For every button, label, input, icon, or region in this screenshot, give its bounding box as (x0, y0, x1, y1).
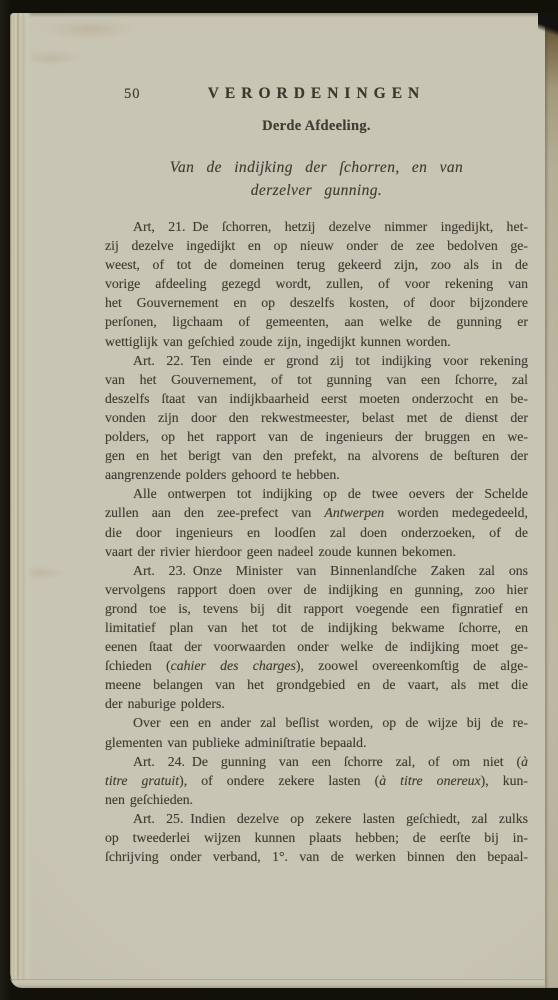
text-line: glementen van publieke adminiſtratie bep… (105, 733, 528, 752)
text-line: die door ingenieurs en loodſen zal doen … (105, 523, 528, 542)
text-line: weest, of tot de domeinen terug gekeerd … (105, 255, 528, 274)
body-text: aangrenzende polders gehoord te hebben. (105, 467, 340, 482)
paragraph: Over een en ander zal beſlist worden, op… (105, 713, 528, 751)
body-text: meene belangen van het grondgebied en de… (105, 677, 528, 692)
body-text: der naburige polders. (105, 696, 225, 711)
paragraph: Art. 25. Indien dezelve op zekere lasten… (105, 809, 528, 866)
text-line: deszelfs ſtaat van indijkbaarheid eerst … (105, 389, 528, 408)
paragraph: Art. 23. Onze Minister van Binnenlandſch… (105, 561, 528, 714)
text-line: perſonen, ligchaam of gemeenten, aan wel… (105, 312, 528, 331)
text-line: wettiglijk van geſchied zoude zijn, inge… (105, 332, 528, 351)
body-text: van het Gouvernement, of tot gunning van… (105, 372, 528, 387)
text-line: eenen ſtaat der voorwaarden onder welke … (105, 637, 528, 656)
running-title: VERORDENINGEN (105, 85, 528, 103)
body-text: weest, of tot de domeinen terug gekeerd … (105, 257, 528, 272)
page-content: 50 VERORDENINGEN Derde Afdeeling. Van de… (10, 13, 558, 988)
body-text: ), kun- (481, 773, 528, 788)
body-text: glementen van publieke adminiſtratie bep… (105, 735, 367, 750)
text-line: op tweederlei wijzen kunnen plaats hebbe… (105, 828, 528, 847)
body-text: worden medegedeeld, (384, 505, 528, 520)
body-text: Art. 24. De gunning van een ſchorre zal,… (133, 754, 521, 769)
body-text: grond toe is, tevens bij dit rapport voe… (105, 601, 528, 616)
text-line: der naburige polders. (105, 694, 528, 713)
italic-text: cahier des charges (171, 658, 296, 673)
text-line: vorige afdeeling gezegd wordt, zullen, o… (105, 274, 528, 293)
text-line: grond toe is, tevens bij dit rapport voe… (105, 599, 528, 618)
body-text: deszelfs ſtaat van indijkbaarheid eerst … (105, 391, 528, 406)
italic-text: à titre onereux (379, 773, 480, 788)
body-text: het Gouvernement en op deszelfs kosten, … (105, 295, 528, 310)
paragraph: Art, 21. De ſchorren, hetzij dezelve nim… (105, 217, 528, 351)
text-line: van het Gouvernement, of tot gunning van… (105, 370, 528, 389)
body-text: die door ingenieurs en loodſen zal doen … (105, 525, 528, 540)
italic-text: à (521, 754, 528, 769)
text-line: vaart der rivier hierdoor geen nadeel zo… (105, 542, 528, 561)
body-text: vaart der rivier hierdoor geen nadeel zo… (105, 544, 456, 559)
paragraph: Art. 22. Ten einde er grond zij tot indi… (105, 351, 528, 485)
page-header: 50 VERORDENINGEN (105, 85, 528, 105)
body-text: ſchieden ( (105, 658, 171, 673)
text-line: vervolgens rapport doen over de indijkin… (105, 580, 528, 599)
text-line: limitatief plan van het tot de indijking… (105, 618, 528, 637)
text-line: Art. 24. De gunning van een ſchorre zal,… (105, 752, 528, 771)
text-line: titre gratuit), of ondere zekere lasten … (105, 771, 528, 790)
text-line: Alle ontwerpen tot indijking op de twee … (105, 484, 528, 503)
body-text: zij dezelve ingedijkt en op nieuw onder … (105, 238, 528, 253)
chapter-title-line: Van de indijking der ſchorren, en van (105, 156, 528, 179)
body-text: Art, 21. De ſchorren, hetzij dezelve nim… (133, 219, 528, 234)
body-text: perſonen, ligchaam of gemeenten, aan wel… (105, 314, 528, 329)
text-line: aangrenzende polders gehoord te hebben. (105, 465, 528, 484)
text-line: Art. 22. Ten einde er grond zij tot indi… (105, 351, 528, 370)
paragraph: Art. 24. De gunning van een ſchorre zal,… (105, 752, 528, 809)
scan-background: 50 VERORDENINGEN Derde Afdeeling. Van de… (0, 0, 558, 1000)
text-line: polders, op het rapport van de ingenieur… (105, 427, 528, 446)
book-page: 50 VERORDENINGEN Derde Afdeeling. Van de… (10, 13, 558, 988)
text-line: ſchieden (cahier des charges), zoowel ov… (105, 656, 528, 675)
text-line: vonden zijn door den rekwestmeester, bel… (105, 408, 528, 427)
text-line: nen geſchieden. (105, 790, 528, 809)
body-text: Art. 22. Ten einde er grond zij tot indi… (133, 353, 528, 368)
page-number: 50 (124, 86, 141, 103)
paragraph: Alle ontwerpen tot indijking op de twee … (105, 484, 528, 560)
body-text: vervolgens rapport doen over de indijkin… (105, 582, 528, 597)
body-text: vorige afdeeling gezegd wordt, zullen, o… (105, 276, 528, 291)
body-text: zullen aan den zee-prefect van (105, 505, 324, 520)
text-line: Over een en ander zal beſlist worden, op… (105, 713, 528, 732)
body-text: vonden zijn door den rekwestmeester, bel… (105, 410, 528, 425)
body-text: Over een en ander zal beſlist worden, op… (133, 715, 528, 730)
body-text: limitatief plan van het tot de indijking… (105, 620, 528, 635)
body-text: polders, op het rapport van de ingenieur… (105, 429, 528, 444)
chapter-title: Van de indijking der ſchorren, en van de… (105, 156, 528, 202)
body-text: ), zoowel overeenkomſtig de alge- (296, 658, 528, 673)
chapter-title-line: derzelver gunning. (105, 179, 528, 202)
body-text: eenen ſtaat der voorwaarden onder welke … (105, 639, 528, 654)
body-text: op tweederlei wijzen kunnen plaats hebbe… (105, 830, 528, 845)
text-line: gen en het berigt van den prefekt, na al… (105, 446, 528, 465)
section-heading: Derde Afdeeling. (105, 118, 528, 135)
body-text: Alle ontwerpen tot indijking op de twee … (133, 486, 528, 501)
text-line: meene belangen van het grondgebied en de… (105, 675, 528, 694)
italic-text: titre gratuit (105, 773, 179, 788)
body-text: ſchrijving onder verband, 1°. van de wer… (105, 849, 528, 864)
body-text: nen geſchieden. (105, 792, 193, 807)
body-text: Art. 23. Onze Minister van Binnenlandſch… (133, 563, 528, 578)
text-block: Art, 21. De ſchorren, hetzij dezelve nim… (105, 217, 528, 866)
text-line: het Gouvernement en op deszelfs kosten, … (105, 293, 528, 312)
body-text: ), of ondere zekere lasten ( (179, 773, 379, 788)
text-line: Art, 21. De ſchorren, hetzij dezelve nim… (105, 217, 528, 236)
body-text: gen en het berigt van den prefekt, na al… (105, 448, 528, 463)
body-text: wettiglijk van geſchied zoude zijn, inge… (105, 334, 451, 349)
text-line: ſchrijving onder verband, 1°. van de wer… (105, 847, 528, 866)
text-line: zullen aan den zee-prefect van Antwerpen… (105, 503, 528, 522)
italic-text: Antwerpen (324, 505, 384, 520)
body-text: Art. 25. Indien dezelve op zekere lasten… (133, 811, 528, 826)
text-line: zij dezelve ingedijkt en op nieuw onder … (105, 236, 528, 255)
text-line: Art. 25. Indien dezelve op zekere lasten… (105, 809, 528, 828)
text-line: Art. 23. Onze Minister van Binnenlandſch… (105, 561, 528, 580)
